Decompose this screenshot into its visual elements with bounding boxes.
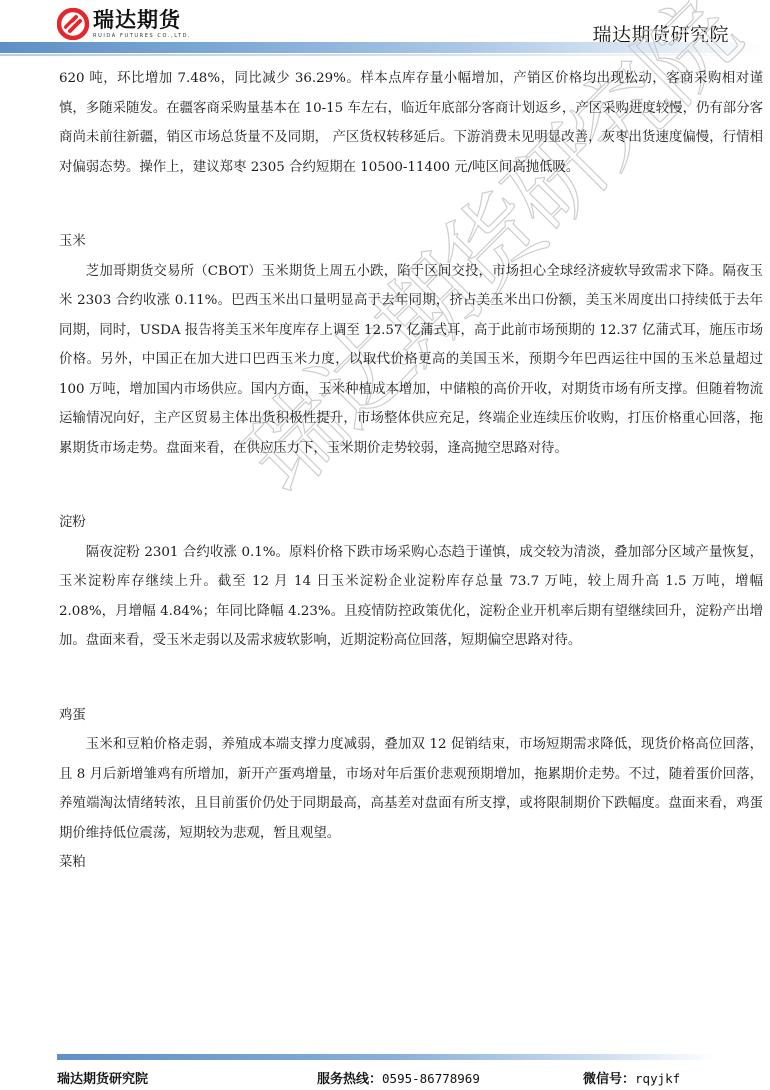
- footer-divider-band: [57, 1054, 717, 1060]
- hotline-value: 0595-86778969: [382, 1071, 480, 1086]
- paragraph: 620 吨，环比增加 7.48%，同比减少 36.29%。样本点库存量小幅增加，…: [59, 64, 763, 182]
- footer-wechat: 微信号：rqyjkf: [583, 1068, 680, 1087]
- page-footer: 瑞达期货研究院 服务热线：0595-86778969 微信号：rqyjkf: [0, 1040, 770, 1090]
- section-rapeseed-meal: 菜粕: [59, 848, 763, 878]
- header-divider-line: [0, 54, 762, 56]
- page-header: 瑞达期货 RUIDA FUTURES CO.,LTD. 瑞达期货研究院: [0, 0, 770, 60]
- paragraph: 隔夜淀粉 2301 合约收涨 0.1%。原料价格下跌市场采购心态趋于谨慎，成交较…: [59, 538, 763, 656]
- section-title-corn: 玉米: [59, 227, 763, 257]
- section-title-starch: 淀粉: [59, 508, 763, 538]
- section-egg: 鸡蛋 玉米和豆粕价格走弱，养殖成本端支撑力度减弱，叠加双 12 促销结束，市场短…: [59, 701, 763, 849]
- ruida-logo-icon: [57, 8, 89, 40]
- company-logo: 瑞达期货 RUIDA FUTURES CO.,LTD.: [57, 4, 191, 44]
- section-title-rapeseed-meal: 菜粕: [59, 848, 763, 878]
- wechat-value: rqyjkf: [635, 1071, 680, 1086]
- report-body: 620 吨，环比增加 7.48%，同比减少 36.29%。样本点库存量小幅增加，…: [59, 64, 763, 878]
- logo-english-name: RUIDA FUTURES CO.,LTD.: [93, 33, 191, 40]
- hotline-label: 服务热线：: [317, 1072, 382, 1087]
- paragraph: 玉米和豆粕价格走弱，养殖成本端支撑力度减弱，叠加双 12 促销结束，市场短期需求…: [59, 730, 763, 848]
- section-starch: 淀粉 隔夜淀粉 2301 合约收涨 0.1%。原料价格下跌市场采购心态趋于谨慎，…: [59, 508, 763, 656]
- section-corn: 玉米 芝加哥期货交易所（CBOT）玉米期货上周五小跌，陷于区间交投，市场担心全球…: [59, 227, 763, 463]
- header-divider-band: [0, 42, 762, 53]
- wechat-label: 微信号：: [583, 1072, 635, 1087]
- footer-org-name: 瑞达期货研究院: [57, 1068, 148, 1087]
- section-title-egg: 鸡蛋: [59, 701, 763, 731]
- footer-hotline: 服务热线：0595-86778969: [317, 1068, 480, 1087]
- logo-chinese-name: 瑞达期货: [93, 8, 191, 32]
- section-jujube-continued: 620 吨，环比增加 7.48%，同比减少 36.29%。样本点库存量小幅增加，…: [59, 64, 763, 182]
- paragraph: 芝加哥期货交易所（CBOT）玉米期货上周五小跌，陷于区间交投，市场担心全球经济疲…: [59, 257, 763, 464]
